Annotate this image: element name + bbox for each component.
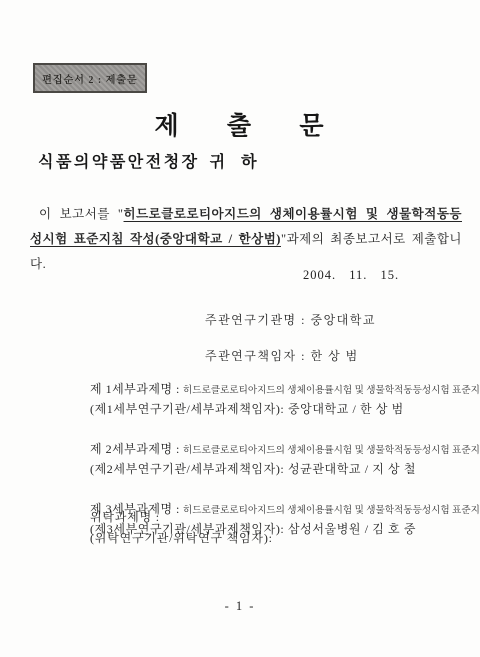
subproject-1-title-line: 제 1세부과제명 : 히드로클로로티아지드의 생체이용률시험 및 생물학적동등성…: [90, 380, 462, 400]
submission-statement: 이 보고서를 "히드로클로로티아지드의 생체이용률시험 및 생물학적동등성시험 …: [30, 202, 462, 277]
document-page: 편집순서 2 : 제출문 제 출 문 식품의약품안전청장귀 하 이 보고서를 "…: [0, 0, 480, 657]
subproject-1: 제 1세부과제명 : 히드로클로로티아지드의 생체이용률시험 및 생물학적동등성…: [90, 380, 462, 419]
consigned-project-section: 위탁과제명 : (위탁연구기관/위탁연구 책임자):: [90, 507, 273, 549]
page-number: - 1 -: [0, 599, 480, 614]
stamp-label: 편집순서 2 : 제출문: [42, 71, 137, 86]
edit-order-stamp: 편집순서 2 : 제출문: [33, 63, 147, 93]
subproject-2-org-line: (제2세부연구기관/세부과제책임자): 성균관대학교 / 지 상 철: [90, 460, 462, 479]
recipient-name: 식품의약품안전청장: [38, 154, 200, 171]
subproject-1-org-line: (제1세부연구기관/세부과제책임자): 중앙대학교 / 한 상 범: [90, 400, 462, 419]
subproject-1-title: 히드로클로로티아지드의 생체이용률시험 및 생물학적동등성시험 표준지침 작성: [183, 385, 480, 396]
recipient-honorific: 귀 하: [210, 154, 263, 171]
document-title: 제 출 문: [0, 106, 480, 142]
submission-date: 2004. 11. 15.: [303, 268, 399, 283]
subproject-2-title: 히드로클로로티아지드의 생체이용률시험 및 생물학적동등성시험 표준지침 작성: [183, 445, 480, 456]
subproject-2-title-line: 제 2세부과제명 : 히드로클로로티아지드의 생체이용률시험 및 생물학적동등성…: [90, 440, 462, 460]
principal-investigator-line: 주관연구책임자 : 한 상 범: [205, 347, 359, 364]
recipient-line: 식품의약품안전청장귀 하: [38, 149, 263, 172]
subproject-1-label: 제 1세부과제명 :: [90, 382, 180, 396]
subproject-2: 제 2세부과제명 : 히드로클로로티아지드의 생체이용률시험 및 생물학적동등성…: [90, 440, 462, 479]
statement-prefix: 이 보고서를 ": [39, 207, 124, 221]
subproject-2-label: 제 2세부과제명 :: [90, 442, 180, 456]
consigned-project-title: 위탁과제명 :: [90, 507, 273, 528]
consigned-project-org-line: (위탁연구기관/위탁연구 책임자):: [90, 528, 273, 549]
lead-organization-line: 주관연구기관명 : 중앙대학교: [205, 311, 376, 328]
